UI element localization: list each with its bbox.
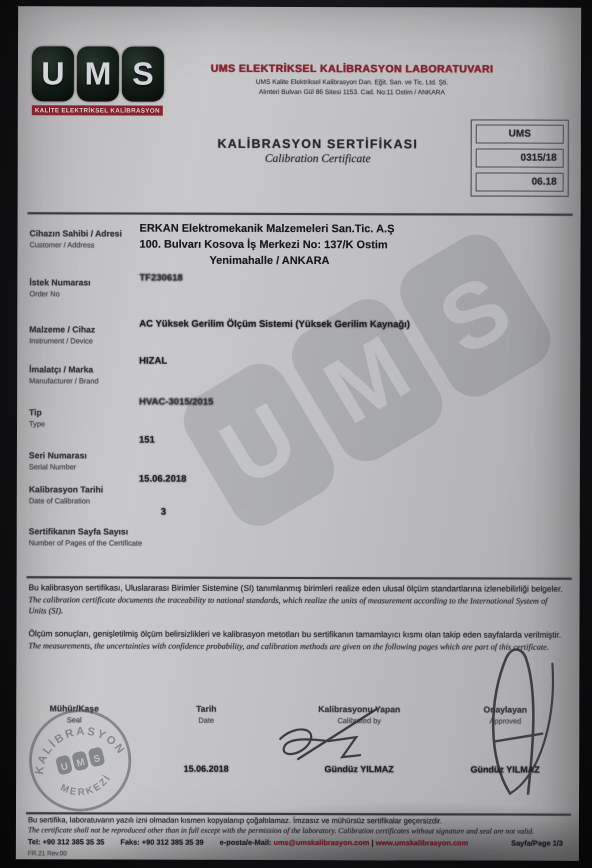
- certificate-title: KALİBRASYON SERTİFİKASI: [168, 137, 468, 152]
- field-value-instrument: AC Yüksek Gerilim Ölçüm Sistemi (Yüksek …: [139, 319, 579, 331]
- field-label-en: Date of Calibration: [29, 496, 570, 506]
- date-label-en: Date: [156, 716, 256, 725]
- divider-top: [28, 212, 573, 215]
- logo-letter: M: [85, 55, 112, 92]
- footer-email-label: e-posta/e-Mail:: [220, 838, 272, 847]
- field-value-customer: ERKAN Elektromekanik Malzemeleri San.Tic…: [139, 221, 579, 270]
- traceability-statement-en: The calibration certificate documents th…: [29, 594, 564, 617]
- field-label-tr: Seri Numarası: [29, 450, 570, 461]
- field-label-en: Serial Number: [29, 462, 570, 472]
- certificate-subtitle: Calibration Certificate: [168, 153, 468, 166]
- cert-box-number: 0315/18: [476, 148, 564, 167]
- footer-email: ums@umskalibrasyon.com: [273, 838, 369, 847]
- organization-address-line2: Alınteri Bulvarı Gül 86 Sitesi 1153. Cad…: [201, 89, 503, 97]
- footer-contact-row: Tel: +90 312 385 35 35 Faks: +90 312 385…: [28, 837, 563, 847]
- field-label-tr: Sertifikanın Sayfa Sayısı: [29, 526, 570, 537]
- field-value-serial: 151: [139, 435, 579, 447]
- logo-letter: S: [132, 56, 153, 93]
- field-value-calibration-date: 15.06.2018: [139, 474, 579, 486]
- organization-address-line1: UMS Kalite Elektriksel Kalibrasyon Dan. …: [201, 78, 503, 86]
- certificate-paper: U M S U M S KALİTE ELEKTRİKSEL KALİBRASY…: [16, 6, 581, 860]
- footer-tel: Tel: +90 312 385 35 35: [28, 837, 105, 846]
- field-label-en: Number of Pages of the Certificate: [29, 538, 570, 548]
- svg-text:MERKEZİ: MERKEZİ: [57, 770, 117, 804]
- ums-logo: U M S KALİTE ELEKTRİKSEL KALİBRASYON: [32, 46, 164, 115]
- ums-logo-boxes: U M S: [32, 46, 164, 101]
- field-row-type: Tip Type HVAC-3015/2015: [29, 396, 570, 429]
- field-row-manufacturer: İmalatçı / Marka Manufacturer / Brand HI…: [29, 355, 570, 386]
- logo-caption: KALİTE ELEKTRİKSEL KALİBRASYON: [32, 105, 163, 115]
- cert-box-date: 06.18: [476, 172, 564, 191]
- cert-box-org: UMS: [476, 124, 564, 143]
- field-row-calibration-date: Kalibrasyon Tarihi Date of Calibration 1…: [29, 473, 570, 506]
- field-row-instrument: Malzeme / Cihaz Instrument / Device AC Y…: [29, 318, 570, 346]
- organization-header: UMS ELEKTRİKSEL KALİBRASYON LABORATUVARI…: [201, 63, 503, 97]
- approved-by-name: Gündüz YILMAZ: [444, 764, 566, 774]
- stamp-bottom-text: MERKEZİ: [57, 770, 117, 804]
- certificate-title-block: KALİBRASYON SERTİFİKASI Calibration Cert…: [168, 137, 468, 166]
- field-label-en: Instrument / Device: [29, 336, 570, 346]
- certificate-number-box: UMS 0315/18 06.18: [471, 119, 569, 196]
- footer-website: www.umskalibrasyon.com: [376, 838, 469, 847]
- customer-line3: Yenimahalle / ANKARA: [139, 253, 579, 270]
- field-row-order-no: İstek Numarası Order No TF230618: [29, 272, 570, 299]
- field-value-order-no: TF230618: [139, 273, 579, 285]
- customer-line1: ERKAN Elektromekanik Malzemeleri San.Tic…: [140, 221, 580, 238]
- logo-letter-box: U: [32, 46, 74, 101]
- field-label-en: Manufacturer / Brand: [29, 376, 570, 386]
- field-label-tr: Tip: [29, 407, 570, 418]
- customer-line2: 100. Bulvarı Kosova İş Merkezi No: 137/K…: [139, 237, 579, 254]
- footer-fax: Faks: +90 312 385 35 39: [120, 838, 203, 847]
- calibrated-by-name: Gündüz YILMAZ: [284, 764, 434, 774]
- scan-background: { "header": { "logo": { "letters": ["U",…: [0, 0, 592, 868]
- footer-page-info: Sayfa/Page 1/3: [511, 839, 563, 848]
- date-header: Tarih Date: [156, 704, 256, 725]
- logo-letter: U: [41, 55, 64, 92]
- field-value-pages: 3: [139, 507, 592, 519]
- field-value-manufacturer: HIZAL: [139, 356, 579, 368]
- footer-separator: |: [371, 838, 373, 847]
- field-value-type: HVAC-3015/2015: [139, 397, 579, 409]
- organization-name: UMS ELEKTRİKSEL KALİBRASYON LABORATUVARI: [201, 63, 503, 76]
- results-statement-tr: Ölçüm sonuçları, genişletilmiş ölçüm bel…: [28, 628, 563, 640]
- logo-letter-box: M: [77, 46, 119, 101]
- field-row-serial: Seri Numarası Serial Number 151: [29, 434, 570, 472]
- divider-middle: [27, 576, 572, 579]
- field-row-pages: Sertifikanın Sayfa Sayısı Number of Page…: [29, 506, 570, 548]
- footer-doc-code: FR.21 Rev.00: [28, 850, 563, 858]
- approved-by-signature: [468, 641, 580, 799]
- footer-email-group: e-posta/e-Mail: ums@umskalibrasyon.com |…: [220, 838, 469, 848]
- traceability-statement-tr: Bu kalibrasyon sertifikası, Uluslararası…: [29, 582, 564, 594]
- field-label-en: Type: [29, 419, 570, 429]
- signature-date-value: 15.06.2018: [156, 764, 256, 774]
- logo-letter-box: S: [122, 47, 164, 102]
- date-label-tr: Tarih: [156, 704, 256, 714]
- field-label-en: Order No: [29, 289, 570, 299]
- footer: Bu sertifika, laboratuvarın yazılı izni …: [28, 815, 563, 858]
- field-label-tr: Kalibrasyon Tarihi: [29, 484, 570, 495]
- field-row-customer: Cihazın Sahibi / Adresi Customer / Addre…: [29, 220, 570, 250]
- footer-notice-en: The certificate shall not be reproduced …: [28, 825, 563, 836]
